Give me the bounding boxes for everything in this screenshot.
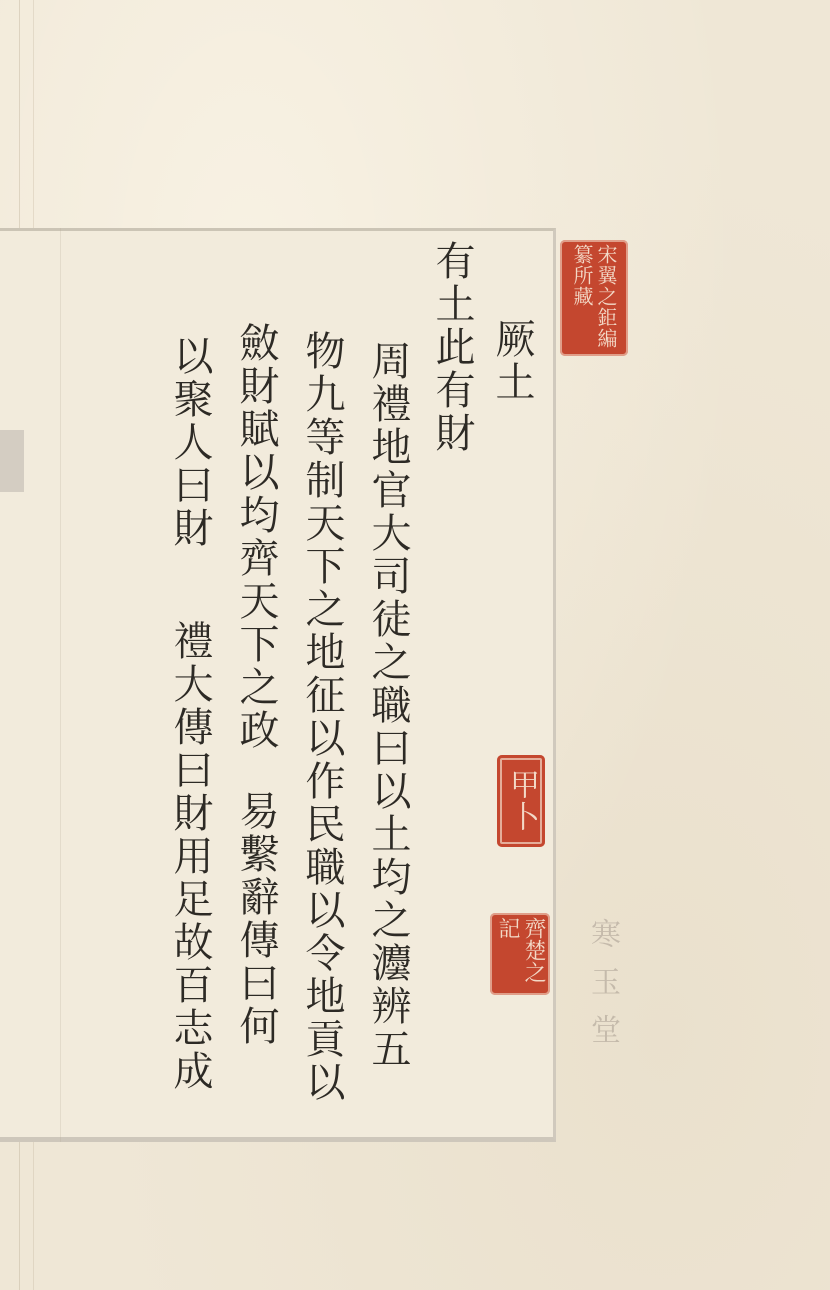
text-column-6-part-a: 以聚人曰財 [167,335,213,550]
seal-middle: 甲卜 [497,755,545,847]
text-column-5-part-a: 斂財賦以均齊天下之政 [233,322,279,752]
text-column-3: 周禮地官大司徒之職曰以土均之灋辨五 [368,340,408,1071]
collector-seal-top: 宋翼之鉅編纂所藏 [560,240,628,356]
heading-column: 厥土 [492,318,532,404]
seal-bottom: 齊楚之記 [490,913,550,995]
frame-fold-line [60,228,61,1142]
text-column-6-part-b: 禮大傳曰財用足故百志成 [167,620,213,1093]
text-column-6: 以聚人曰財禮大傳曰財用足故百志成 [170,335,210,1093]
title-column: 有土此有財 [432,240,472,455]
text-column-5: 斂財賦以均齊天下之政易繫辭傳曰何 [236,322,276,1048]
watermark-text: 寒玉堂 [580,918,624,1062]
shadow-patch [0,430,24,492]
text-column-5-part-b: 易繫辭傳曰何 [233,790,279,1048]
text-column-4: 物九等制天下之地征以作民職以令地貢以 [302,330,342,1104]
